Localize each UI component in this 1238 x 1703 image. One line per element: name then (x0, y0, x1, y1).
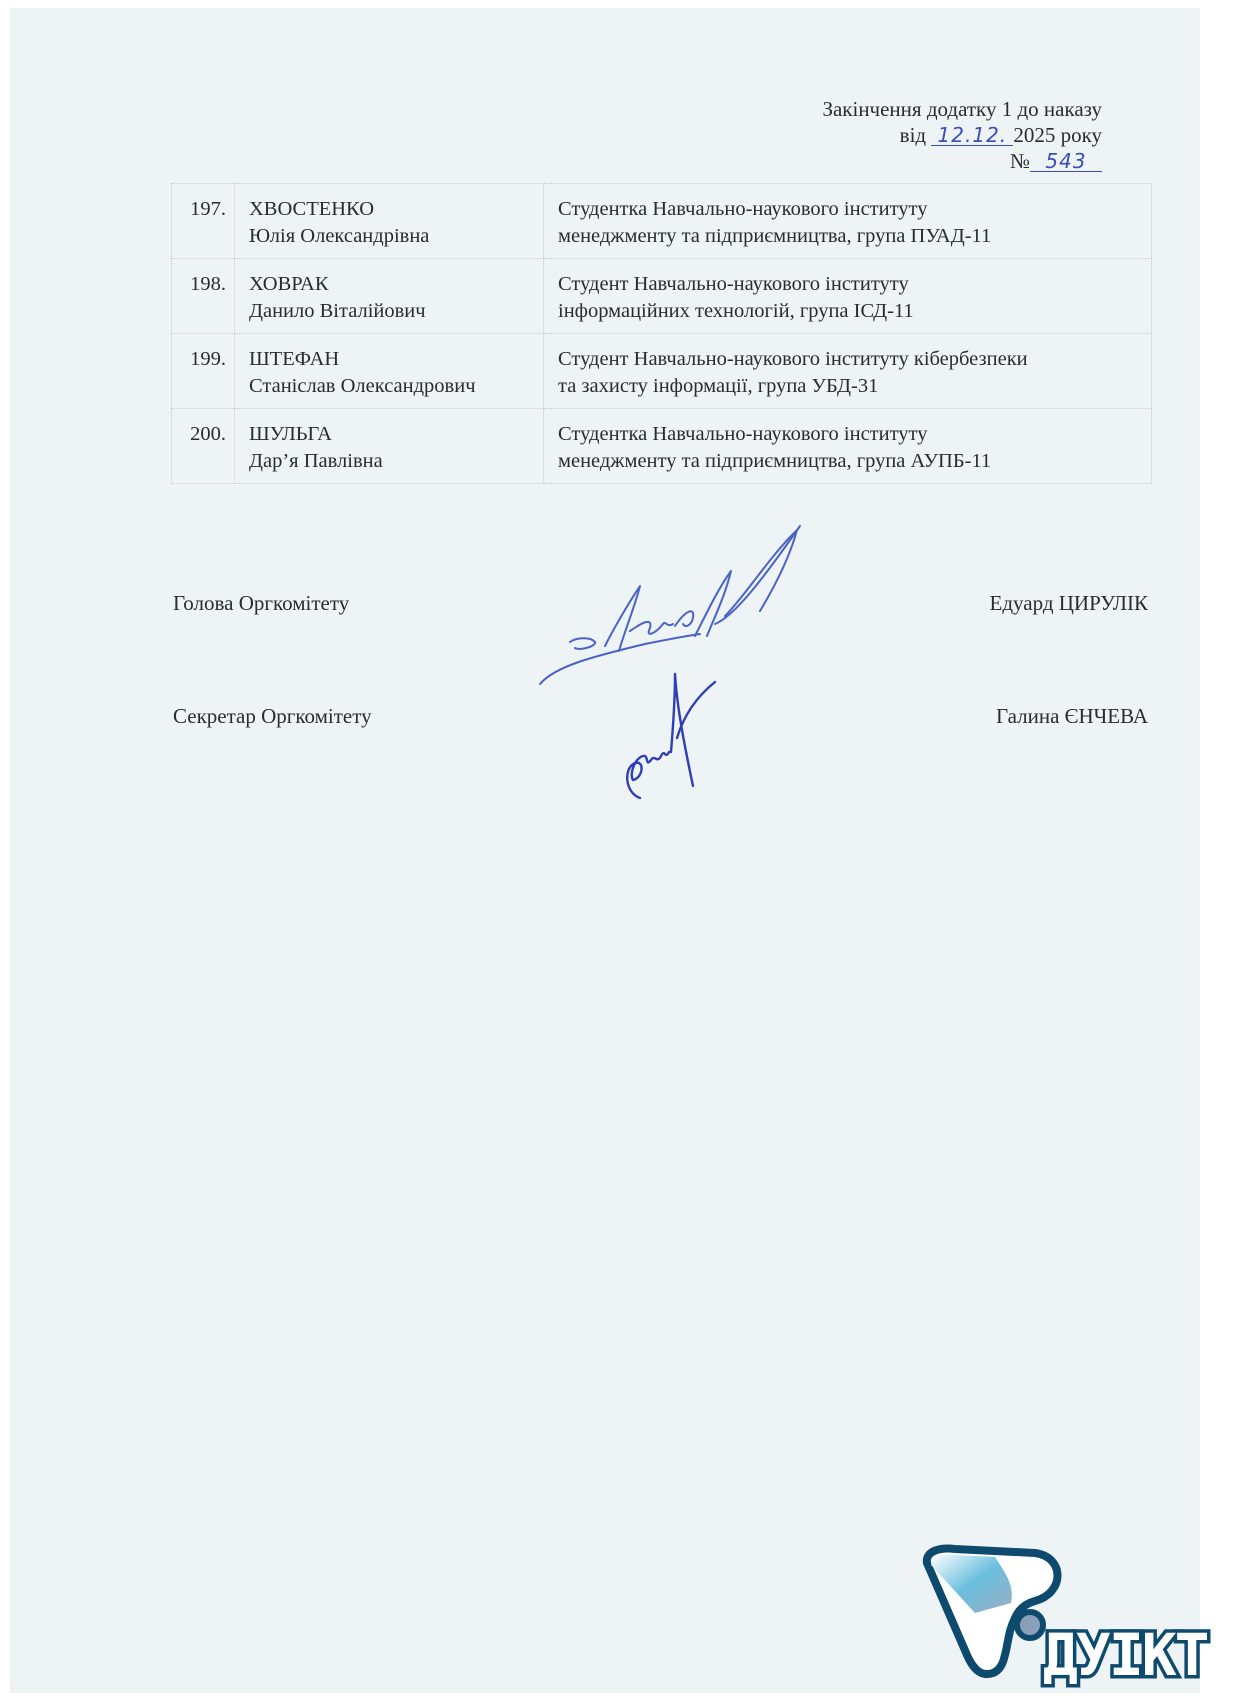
table-row: 200.ШУЛЬГАДар’я ПавлівнаСтудентка Навчал… (172, 409, 1152, 484)
description-line: менеджменту та підприємництва, група ПУА… (558, 223, 1141, 250)
order-date-line: від 12.12.2025 року (822, 122, 1102, 148)
table-row: 197.ХВОСТЕНКОЮлія ОлександрівнаСтудентка… (172, 184, 1152, 259)
surname: ХОВРАК (249, 271, 533, 298)
participant-description: Студент Навчально-наукового інститутуінф… (544, 259, 1152, 334)
participant-name: ШТЕФАНСтаніслав Олександрович (235, 334, 544, 409)
description-line: Студент Навчально-наукового інституту (558, 271, 1141, 298)
secretary-label: Секретар Оргкомітету (173, 704, 372, 729)
table-row: 198.ХОВРАКДанило ВіталійовичСтудент Навч… (172, 259, 1152, 334)
secretary-name: Галина ЄНЧЕВА (996, 704, 1148, 729)
surname: ХВОСТЕНКО (249, 196, 533, 223)
document-page: Закінчення додатку 1 до наказу від 12.12… (10, 8, 1200, 1693)
participant-description: Студент Навчально-наукового інституту кі… (544, 334, 1152, 409)
description-line: та захисту інформації, група УБД-31 (558, 373, 1141, 400)
handwritten-date: 12.12. (931, 125, 1013, 146)
given-names: Юлія Олександрівна (249, 223, 533, 250)
given-names: Станіслав Олександрович (249, 373, 533, 400)
participant-description: Студентка Навчально-наукового інститутум… (544, 184, 1152, 259)
row-number: 200. (172, 409, 235, 484)
description-line: Студентка Навчально-наукового інституту (558, 421, 1141, 448)
secretary-signature (615, 668, 725, 808)
row-number: 199. (172, 334, 235, 409)
order-number-line: №543 (822, 148, 1102, 174)
participant-description: Студентка Навчально-наукового інститутум… (544, 409, 1152, 484)
appendix-header: Закінчення додатку 1 до наказу від 12.12… (822, 96, 1102, 174)
appendix-title: Закінчення додатку 1 до наказу (822, 96, 1102, 122)
svg-text:ДУІКТ: ДУІКТ (1043, 1621, 1208, 1689)
participants-table: 197.ХВОСТЕНКОЮлія ОлександрівнаСтудентка… (171, 183, 1152, 484)
row-number: 197. (172, 184, 235, 259)
chair-label: Голова Оргкомітету (173, 591, 349, 616)
surname: ШУЛЬГА (249, 421, 533, 448)
given-names: Дар’я Павлівна (249, 448, 533, 475)
description-line: Студентка Навчально-наукового інституту (558, 196, 1141, 223)
given-names: Данило Віталійович (249, 298, 533, 325)
chair-name: Едуард ЦИРУЛІК (990, 591, 1148, 616)
participant-name: ШУЛЬГАДар’я Павлівна (235, 409, 544, 484)
surname: ШТЕФАН (249, 346, 533, 373)
row-number: 198. (172, 259, 235, 334)
description-line: Студент Навчально-наукового інституту кі… (558, 346, 1141, 373)
table-row: 199.ШТЕФАНСтаніслав ОлександровичСтудент… (172, 334, 1152, 409)
description-line: менеджменту та підприємництва, група АУП… (558, 448, 1141, 475)
duikt-logo: ДУІКТ (915, 1543, 1215, 1693)
participant-name: ХВОСТЕНКОЮлія Олександрівна (235, 184, 544, 259)
handwritten-order-number: 543 (1030, 151, 1102, 172)
participant-name: ХОВРАКДанило Віталійович (235, 259, 544, 334)
description-line: інформаційних технологій, група ІСД-11 (558, 298, 1141, 325)
